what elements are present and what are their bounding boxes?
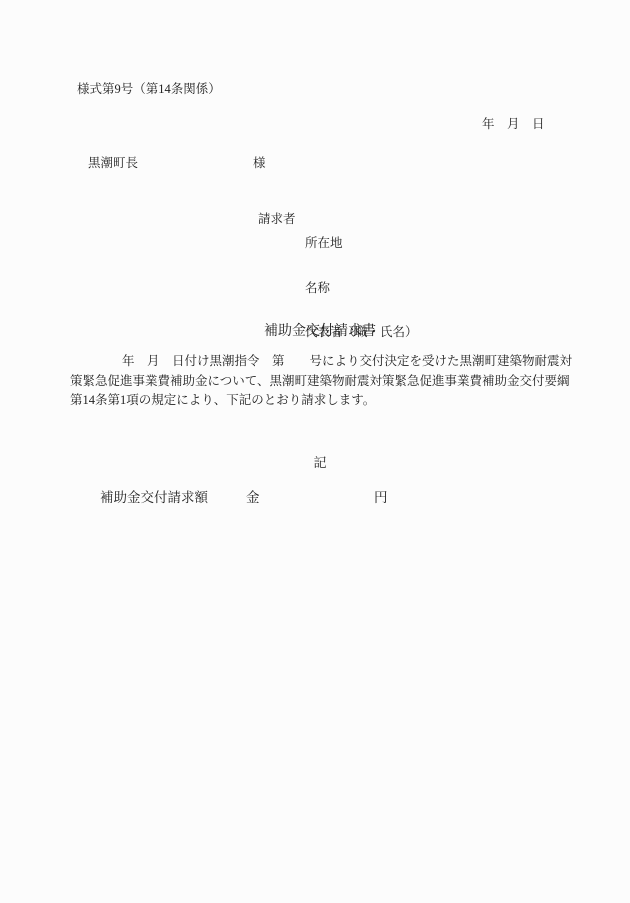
body-paragraph: 年 月 日付け黒潮指令 第 号により交付決定を受けた黒潮町建築物耐震対 策緊急促…	[70, 352, 572, 411]
claimant-fields: 所在地 名称 代表者（職・氏名）	[305, 209, 418, 368]
record-marker: 記	[70, 456, 570, 469]
body-line-3: 第14条第1項の規定により、下記のとおり請求します。	[70, 391, 572, 411]
amount-label: 補助金交付請求額	[100, 491, 208, 505]
document-title: 補助金交付請求書	[70, 325, 570, 339]
claimant-field-name: 名称	[305, 279, 418, 299]
date-line: 年 月 日	[482, 118, 545, 131]
amount-currency-suffix: 円	[374, 491, 388, 505]
addressee-name: 黒潮町長	[88, 157, 138, 170]
document-page: 様式第9号（第14条関係） 年 月 日 黒潮町長 様 請求者 所在地 名称 代表…	[0, 0, 630, 903]
amount-currency-prefix: 金	[246, 491, 260, 505]
claimant-field-address: 所在地	[305, 234, 418, 254]
claimant-label: 請求者	[258, 213, 296, 226]
form-number: 様式第9号（第14条関係）	[77, 83, 221, 96]
body-line-1: 年 月 日付け黒潮指令 第 号により交付決定を受けた黒潮町建築物耐震対	[70, 352, 572, 372]
body-line-2: 策緊急促進事業費補助金について、黒潮町建築物耐震対策緊急促進事業費補助金交付要綱	[70, 372, 572, 392]
addressee-honorific: 様	[253, 157, 266, 170]
